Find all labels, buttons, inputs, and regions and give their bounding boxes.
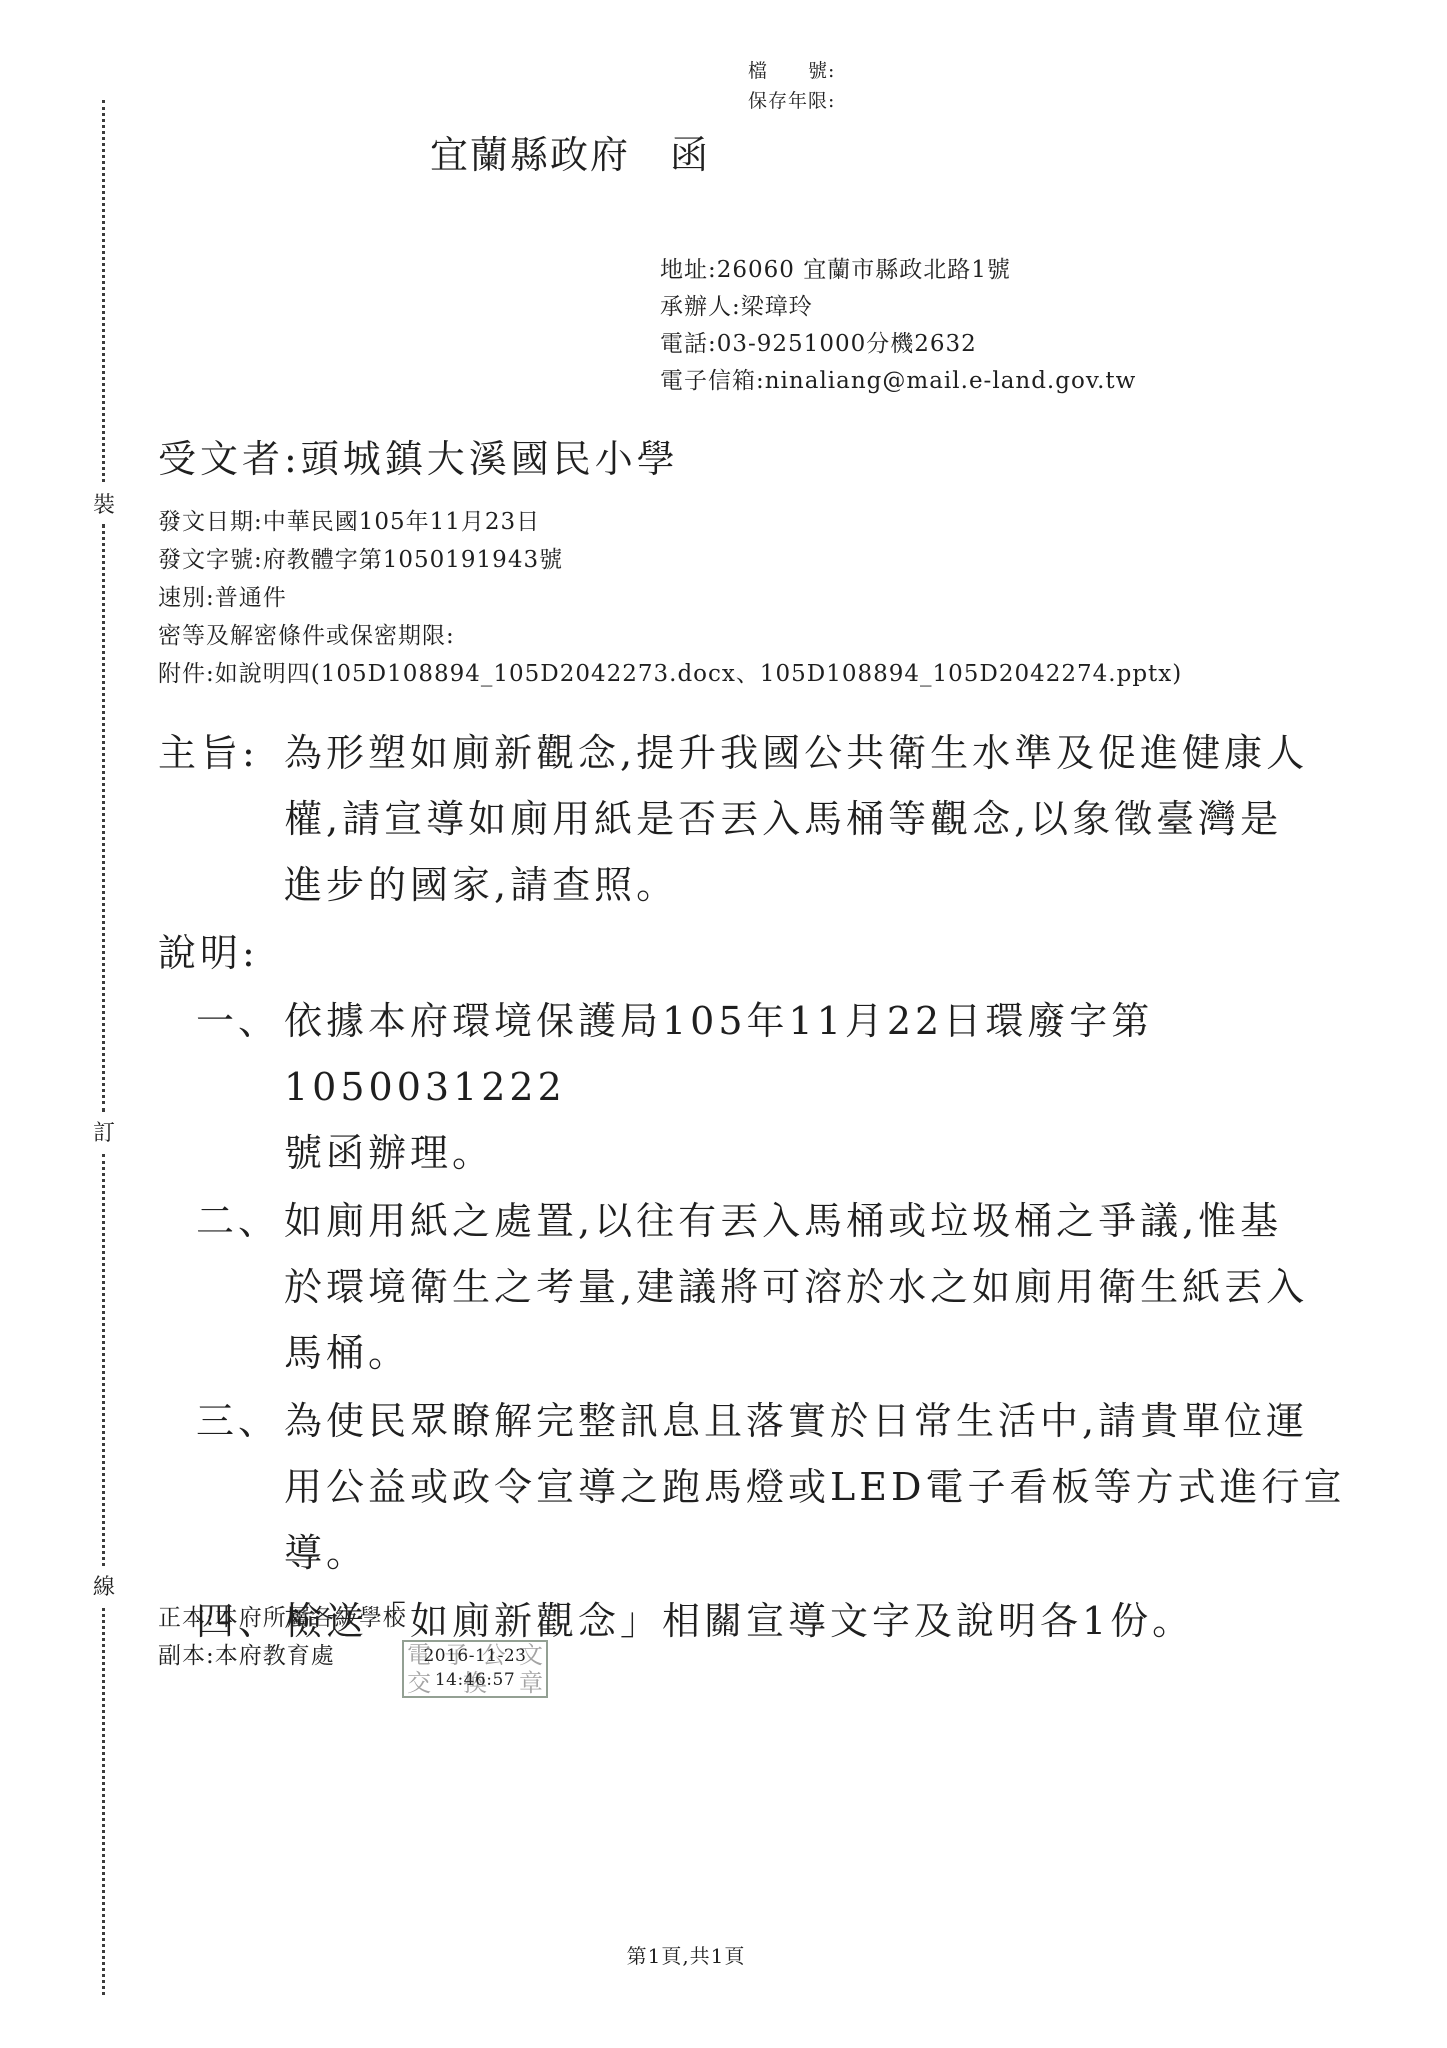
meta-block: 發文日期:中華民國105年11月23日 發文字號:府教體字第1050191943… — [158, 503, 1182, 693]
retention-period-label: 保存年限: — [748, 86, 835, 116]
letter-body: 主旨: 為形塑如廁新觀念,提升我國公共衛生水準及促進健康人 權,請宣導如廁用紙是… — [158, 720, 1428, 1654]
file-label-block: 檔 號: 保存年限: — [748, 56, 835, 116]
recipient-line: 受文者:頭城鎮大溪國民小學 — [158, 428, 679, 483]
contact-person: 承辦人:梁璋玲 — [660, 289, 1136, 326]
item-text: 依據本府環境保護局105年11月22日環廢字第1050031222 號函辦理。 — [284, 988, 1428, 1186]
item-text: 如廁用紙之處置,以往有丟入馬桶或垃圾桶之爭議,惟基 於環境衛生之考量,建議將可溶… — [284, 1188, 1428, 1386]
binding-dotted-line — [102, 100, 105, 482]
contact-address: 地址:26060 宜蘭市縣政北路1號 — [660, 252, 1136, 289]
stamp-datetime: 2016-11-23 14:46:57 — [404, 1642, 546, 1696]
binding-margin: 裝 訂 線 — [90, 100, 118, 1995]
explanation-item-1: 一、 依據本府環境保護局105年11月22日環廢字第1050031222 號函辦… — [196, 988, 1428, 1186]
item-text: 為使民眾瞭解完整訊息且落實於日常生活中,請貴單位運 用公益或政令宣導之跑馬燈或L… — [284, 1388, 1428, 1586]
file-number-label: 檔 號: — [748, 56, 835, 86]
item-number: 二、 — [196, 1188, 284, 1254]
issue-date-line: 發文日期:中華民國105年11月23日 — [158, 503, 1182, 541]
binding-dotted-line — [102, 1154, 105, 1566]
original-copy-line: 正本:本府所屬各級學校 — [158, 1599, 407, 1637]
binding-label-zhuang: 裝 — [90, 488, 118, 519]
subject-paragraph: 主旨: 為形塑如廁新觀念,提升我國公共衛生水準及促進健康人 權,請宣導如廁用紙是… — [158, 720, 1428, 918]
explanation-item-2: 二、 如廁用紙之處置,以往有丟入馬桶或垃圾桶之爭議,惟基 於環境衛生之考量,建議… — [196, 1188, 1428, 1386]
speed-line: 速別:普通件 — [158, 579, 1182, 617]
subject-label: 主旨: — [158, 720, 284, 786]
contact-phone: 電話:03-9251000分機2632 — [660, 326, 1136, 363]
electronic-exchange-stamp: 電子公文 交換章 2016-11-23 14:46:57 — [402, 1640, 548, 1698]
doc-number-line: 發文字號:府教體字第1050191943號 — [158, 541, 1182, 579]
explanation-label: 說明: — [158, 920, 1428, 986]
explanation-item-3: 三、 為使民眾瞭解完整訊息且落實於日常生活中,請貴單位運 用公益或政令宣導之跑馬… — [196, 1388, 1428, 1586]
item-number: 三、 — [196, 1388, 284, 1454]
page-number: 第1頁,共1頁 — [0, 1940, 1372, 1969]
item-number: 一、 — [196, 988, 284, 1054]
distribution-block: 正本:本府所屬各級學校 副本:本府教育處 — [158, 1599, 407, 1675]
subject-text: 為形塑如廁新觀念,提升我國公共衛生水準及促進健康人 權,請宣導如廁用紙是否丟入馬… — [284, 720, 1428, 918]
attachment-line: 附件:如說明四(105D108894_105D2042273.docx、105D… — [158, 655, 1182, 693]
carbon-copy-line: 副本:本府教育處 — [158, 1637, 407, 1675]
binding-dotted-line — [102, 524, 105, 1112]
binding-label-ding: 訂 — [90, 1116, 118, 1147]
contact-block: 地址:26060 宜蘭市縣政北路1號 承辦人:梁璋玲 電話:03-9251000… — [660, 252, 1136, 400]
document-title: 宜蘭縣政府 函 — [430, 124, 710, 179]
stamp-date: 2016-11-23 — [423, 1645, 526, 1669]
security-line: 密等及解密條件或保密期限: — [158, 617, 1182, 655]
stamp-time: 14:46:57 — [435, 1669, 515, 1693]
binding-dotted-line — [102, 1608, 105, 1995]
binding-label-xian: 線 — [90, 1570, 118, 1601]
contact-email: 電子信箱:ninaliang@mail.e-land.gov.tw — [660, 363, 1136, 400]
